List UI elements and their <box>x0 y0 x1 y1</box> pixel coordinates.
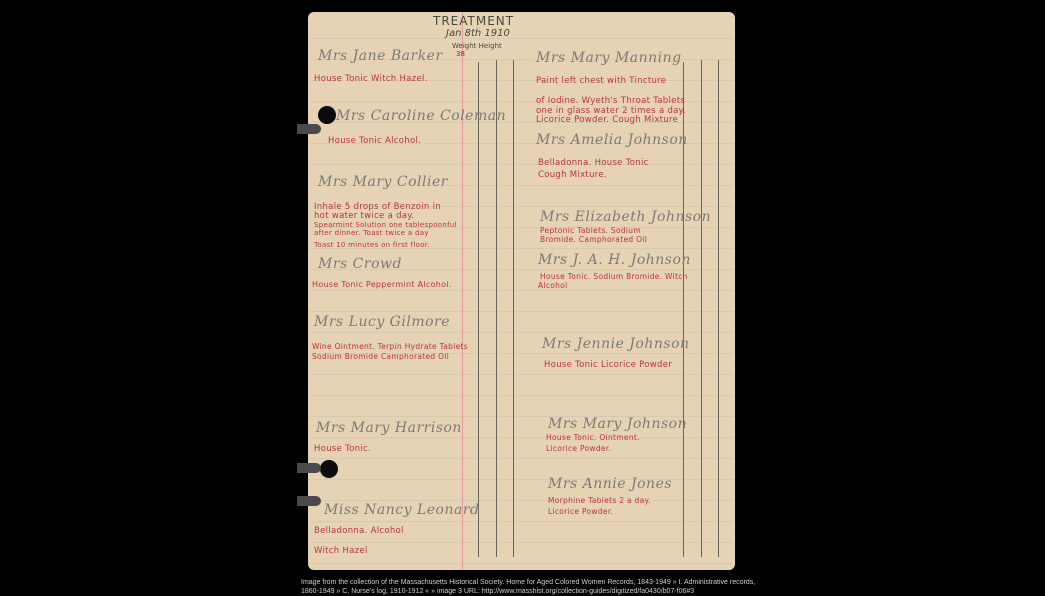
patient-name: Miss Nancy Leonard <box>324 502 479 518</box>
patient-name: Mrs Jennie Johnson <box>542 336 690 352</box>
treatment-text: Paint left chest with Tincture <box>536 76 666 86</box>
patient-name: Mrs Mary Collier <box>318 174 448 190</box>
column-rule <box>701 60 702 557</box>
treatment-text: House Tonic. Ointment. <box>546 433 640 443</box>
treatment-text: Belladonna. House Tonic <box>538 158 649 168</box>
column-rule <box>718 60 719 557</box>
treatment-text: Witch Hazel <box>314 546 368 556</box>
treatment-text: Sodium Bromide Camphorated Oil <box>312 352 449 362</box>
patient-name: Mrs Mary Harrison <box>316 420 462 436</box>
patient-name: Mrs Elizabeth Johnson <box>540 209 711 225</box>
patient-name: Mrs Caroline Coleman <box>336 108 506 124</box>
column-rule <box>513 60 514 557</box>
treatment-text: after dinner. Toast twice a day <box>314 228 429 238</box>
treatment-text: Alcohol <box>538 281 567 291</box>
header-number: 38 <box>456 50 465 58</box>
treatment-text: House Tonic Licorice Powder <box>544 360 672 370</box>
header-title: TREATMENT <box>433 14 514 28</box>
patient-name: Mrs Amelia Johnson <box>536 132 688 148</box>
treatment-text: House Tonic Peppermint Alcohol. <box>312 280 452 290</box>
patient-name: Mrs Annie Jones <box>548 476 672 492</box>
column-rule <box>496 60 497 557</box>
treatment-text: Licorice Powder. <box>546 444 611 454</box>
patient-name: Mrs Lucy Gilmore <box>314 314 450 330</box>
binder-clip <box>297 463 321 473</box>
margin-line <box>462 12 463 570</box>
patient-name: Mrs Mary Johnson <box>548 416 687 432</box>
caption-line-2: 1860-1949 » C. Nurse's log, 1910-1912 « … <box>301 587 761 596</box>
binder-clip <box>297 124 321 134</box>
treatment-text: Belladonna. Alcohol <box>314 526 404 536</box>
binder-hole <box>318 106 336 124</box>
header-subheading: Weight Height <box>452 42 502 50</box>
treatment-text: Licorice Powder. <box>548 507 613 517</box>
treatment-text: Cough Mixture. <box>538 170 607 180</box>
treatment-text: Toast 10 minutes on first floor. <box>314 240 430 250</box>
image-caption: Image from the collection of the Massach… <box>301 578 761 596</box>
treatment-text: House Tonic. <box>314 444 371 454</box>
patient-name: Mrs J. A. H. Johnson <box>538 252 691 268</box>
treatment-text: Morphine Tablets 2 a day. <box>548 496 651 506</box>
treatment-text: Bromide. Camphorated Oil <box>540 235 647 245</box>
ledger-page: TREATMENT Jan 8th 1910 Weight Height 38 … <box>308 12 735 570</box>
header-date: Jan 8th 1910 <box>446 28 510 39</box>
treatment-text: Licorice Powder. Cough Mixture <box>536 115 678 125</box>
binder-clip <box>297 496 321 506</box>
treatment-text: House Tonic Alcohol. <box>328 136 421 146</box>
treatment-text: of Iodine. Wyeth's Throat Tablets <box>536 96 685 106</box>
patient-name: Mrs Jane Barker <box>318 48 443 64</box>
column-rule <box>478 62 479 557</box>
caption-line-1: Image from the collection of the Massach… <box>301 578 761 587</box>
patient-name: Mrs Mary Manning <box>536 50 682 66</box>
treatment-text: House Tonic Witch Hazel. <box>314 74 428 84</box>
binder-hole <box>320 460 338 478</box>
treatment-text: Wine Ointment. Terpin Hydrate Tablets <box>312 342 468 352</box>
patient-name: Mrs Crowd <box>318 256 402 272</box>
